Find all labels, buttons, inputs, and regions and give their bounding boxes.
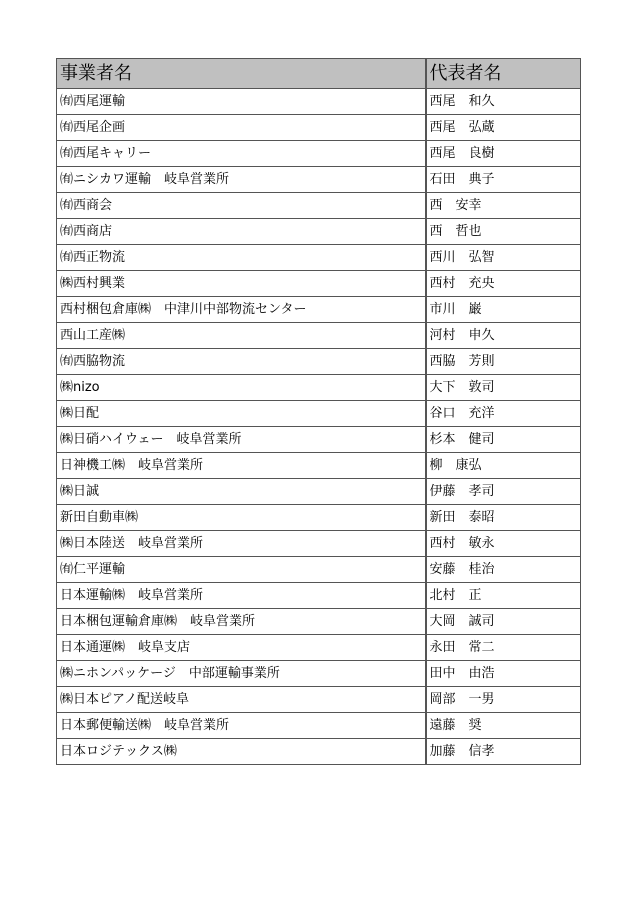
company-name-cell: 新田自動車㈱	[57, 505, 426, 531]
table-row: ㈲西正物流西川 弘智	[57, 245, 581, 271]
representative-cell: 西村 充央	[426, 271, 581, 297]
representative-cell: 加藤 信孝	[426, 739, 581, 765]
table-row: ㈱日誠伊藤 孝司	[57, 479, 581, 505]
company-name-cell: ㈱日配	[57, 401, 426, 427]
representative-cell: 伊藤 孝司	[426, 479, 581, 505]
table-row: 日本運輸㈱ 岐阜営業所北村 正	[57, 583, 581, 609]
representative-cell: 遠藤 奨	[426, 713, 581, 739]
representative-cell: 西川 弘智	[426, 245, 581, 271]
representative-cell: 西 哲也	[426, 219, 581, 245]
representative-cell: 西尾 和久	[426, 89, 581, 115]
table-row: ㈱日配谷口 充洋	[57, 401, 581, 427]
representative-cell: 杉本 健司	[426, 427, 581, 453]
representative-cell: 西尾 弘蔵	[426, 115, 581, 141]
table-row: ㈱日本陸送 岐阜営業所西村 敏永	[57, 531, 581, 557]
representative-cell: 安藤 桂治	[426, 557, 581, 583]
representative-cell: 西 安幸	[426, 193, 581, 219]
representative-cell: 西尾 良樹	[426, 141, 581, 167]
representative-cell: 新田 泰昭	[426, 505, 581, 531]
table-row: ㈲仁平運輸安藤 桂治	[57, 557, 581, 583]
table-row: ㈲ニシカワ運輸 岐阜営業所石田 典子	[57, 167, 581, 193]
table-row: 日本郵便輸送㈱ 岐阜営業所遠藤 奨	[57, 713, 581, 739]
company-name-cell: 日本梱包運輸倉庫㈱ 岐阜営業所	[57, 609, 426, 635]
company-name-cell: ㈱日誠	[57, 479, 426, 505]
company-name-cell: ㈱日本ピアノ配送岐阜	[57, 687, 426, 713]
representative-cell: 永田 常二	[426, 635, 581, 661]
company-name-cell: 西村梱包倉庫㈱ 中津川中部物流センター	[57, 297, 426, 323]
table-row: ㈱ニホンパッケージ 中部運輸事業所田中 由浩	[57, 661, 581, 687]
company-name-cell: 日本ロジテックス㈱	[57, 739, 426, 765]
company-name-cell: ㈱日本陸送 岐阜営業所	[57, 531, 426, 557]
representative-cell: 大岡 誠司	[426, 609, 581, 635]
representative-cell: 河村 申久	[426, 323, 581, 349]
company-name-cell: 日神機工㈱ 岐阜営業所	[57, 453, 426, 479]
representative-cell: 谷口 充洋	[426, 401, 581, 427]
business-roster-table: 事業者名 代表者名 ㈲西尾運輸西尾 和久 ㈲西尾企画西尾 弘蔵 ㈲西尾キャリー西…	[56, 58, 581, 765]
header-row: 事業者名 代表者名	[57, 59, 581, 89]
company-name-cell: ㈱ニホンパッケージ 中部運輸事業所	[57, 661, 426, 687]
representative-cell: 石田 典子	[426, 167, 581, 193]
table-row: ㈲西商会西 安幸	[57, 193, 581, 219]
representative-cell: 西村 敏永	[426, 531, 581, 557]
table-row: 新田自動車㈱新田 泰昭	[57, 505, 581, 531]
table-row: ㈲西商店西 哲也	[57, 219, 581, 245]
table-row: 西山工産㈱河村 申久	[57, 323, 581, 349]
table-row: ㈱nizo大下 敦司	[57, 375, 581, 401]
table-row: 日本ロジテックス㈱加藤 信孝	[57, 739, 581, 765]
representative-cell: 大下 敦司	[426, 375, 581, 401]
company-name-cell: ㈲西尾企画	[57, 115, 426, 141]
table-row: 日神機工㈱ 岐阜営業所柳 康弘	[57, 453, 581, 479]
company-name-cell: ㈲西尾キャリー	[57, 141, 426, 167]
company-name-cell: ㈱日硝ハイウェー 岐阜営業所	[57, 427, 426, 453]
company-name-cell: ㈲西商店	[57, 219, 426, 245]
company-name-cell: 西山工産㈱	[57, 323, 426, 349]
table-row: 日本通運㈱ 岐阜支店永田 常二	[57, 635, 581, 661]
representative-cell: 柳 康弘	[426, 453, 581, 479]
representative-cell: 北村 正	[426, 583, 581, 609]
company-name-cell: ㈲仁平運輸	[57, 557, 426, 583]
representative-cell: 市川 巌	[426, 297, 581, 323]
representative-cell: 西脇 芳則	[426, 349, 581, 375]
company-name-cell: ㈲西商会	[57, 193, 426, 219]
table-row: ㈲西尾企画西尾 弘蔵	[57, 115, 581, 141]
company-name-cell: ㈲西尾運輸	[57, 89, 426, 115]
table-row: ㈲西尾運輸西尾 和久	[57, 89, 581, 115]
table-row: ㈱日本ピアノ配送岐阜岡部 一男	[57, 687, 581, 713]
company-name-cell: ㈲西正物流	[57, 245, 426, 271]
company-name-cell: ㈲ニシカワ運輸 岐阜営業所	[57, 167, 426, 193]
table-row: ㈲西尾キャリー西尾 良樹	[57, 141, 581, 167]
representative-cell: 田中 由浩	[426, 661, 581, 687]
company-name-cell: ㈲西脇物流	[57, 349, 426, 375]
table-row: ㈱日硝ハイウェー 岐阜営業所杉本 健司	[57, 427, 581, 453]
table-row: 西村梱包倉庫㈱ 中津川中部物流センター市川 巌	[57, 297, 581, 323]
header-representative-name: 代表者名	[426, 59, 581, 89]
table-row: ㈱西村興業西村 充央	[57, 271, 581, 297]
table-row: 日本梱包運輸倉庫㈱ 岐阜営業所大岡 誠司	[57, 609, 581, 635]
company-name-cell: 日本郵便輸送㈱ 岐阜営業所	[57, 713, 426, 739]
header-company-name: 事業者名	[57, 59, 426, 89]
company-name-cell: ㈱西村興業	[57, 271, 426, 297]
company-name-cell: ㈱nizo	[57, 375, 426, 401]
table-row: ㈲西脇物流西脇 芳則	[57, 349, 581, 375]
company-name-cell: 日本運輸㈱ 岐阜営業所	[57, 583, 426, 609]
company-name-cell: 日本通運㈱ 岐阜支店	[57, 635, 426, 661]
representative-cell: 岡部 一男	[426, 687, 581, 713]
